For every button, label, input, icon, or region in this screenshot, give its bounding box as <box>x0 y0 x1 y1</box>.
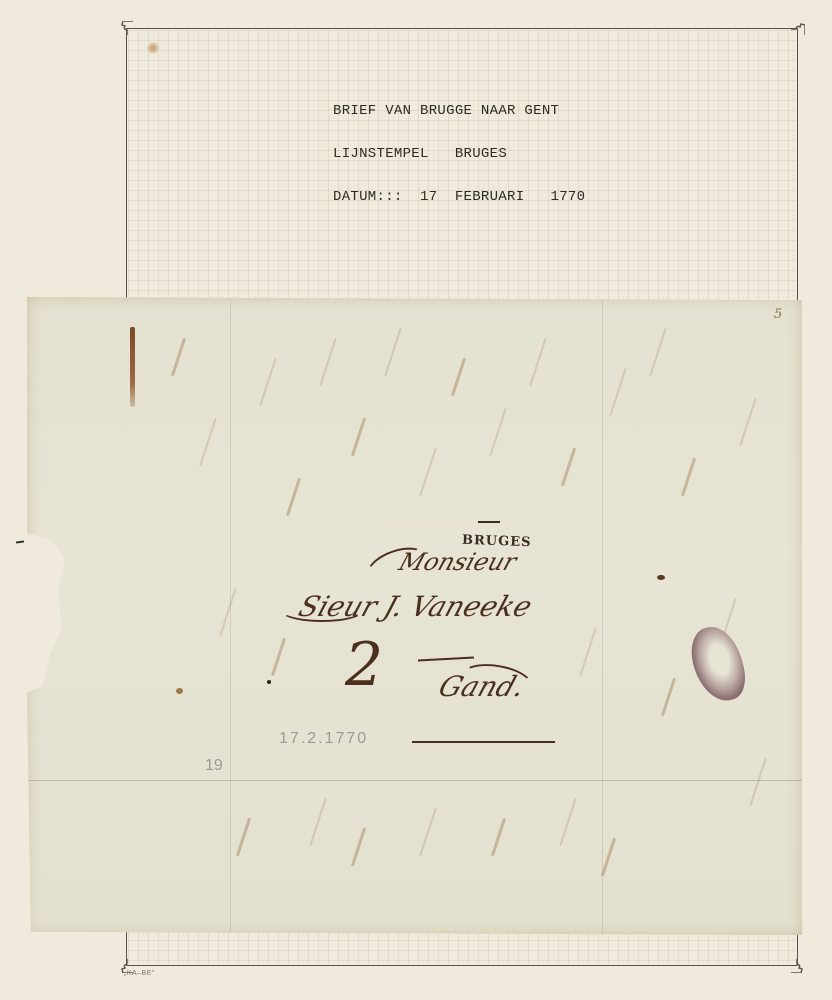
frame-corner-ornament-icon <box>791 21 805 35</box>
fold-line-horizontal <box>27 780 802 781</box>
postage-rate-mark: 2 <box>345 635 383 695</box>
address-line-1: Monsieur <box>395 548 520 576</box>
address-line-3: Gand. <box>435 670 530 703</box>
ink-spot <box>176 688 183 694</box>
caption-title: BRIEF VAN BRUGGE NAAR GENT <box>333 100 559 122</box>
caption-postmark-type: LIJNSTEMPEL BRUGES <box>333 143 507 165</box>
album-maker-mark: „KA–BE" <box>124 970 155 977</box>
ink-spot <box>267 680 271 684</box>
address-underline <box>412 741 555 743</box>
postmark-bar <box>478 521 500 523</box>
ink-stroke-mark <box>130 327 135 407</box>
corner-docket-note: 5 <box>774 307 782 322</box>
caption-date: DATUM::: 17 FEBRUARI 1770 <box>333 186 585 208</box>
pencil-date-note: 17.2.1770 <box>279 730 368 748</box>
album-page: BRIEF VAN BRUGGE NAAR GENT LIJNSTEMPEL B… <box>0 0 832 1000</box>
pencil-number-note: 19 <box>205 757 223 775</box>
fold-line-vertical <box>230 297 231 935</box>
frame-corner-ornament-icon <box>119 21 133 35</box>
ink-spot <box>657 575 665 580</box>
margin-mark <box>16 540 24 543</box>
frame-corner-ornament-icon <box>791 959 805 973</box>
fold-line-vertical <box>602 297 603 935</box>
address-line-2: Sieur J. Vaneeke <box>295 590 537 623</box>
